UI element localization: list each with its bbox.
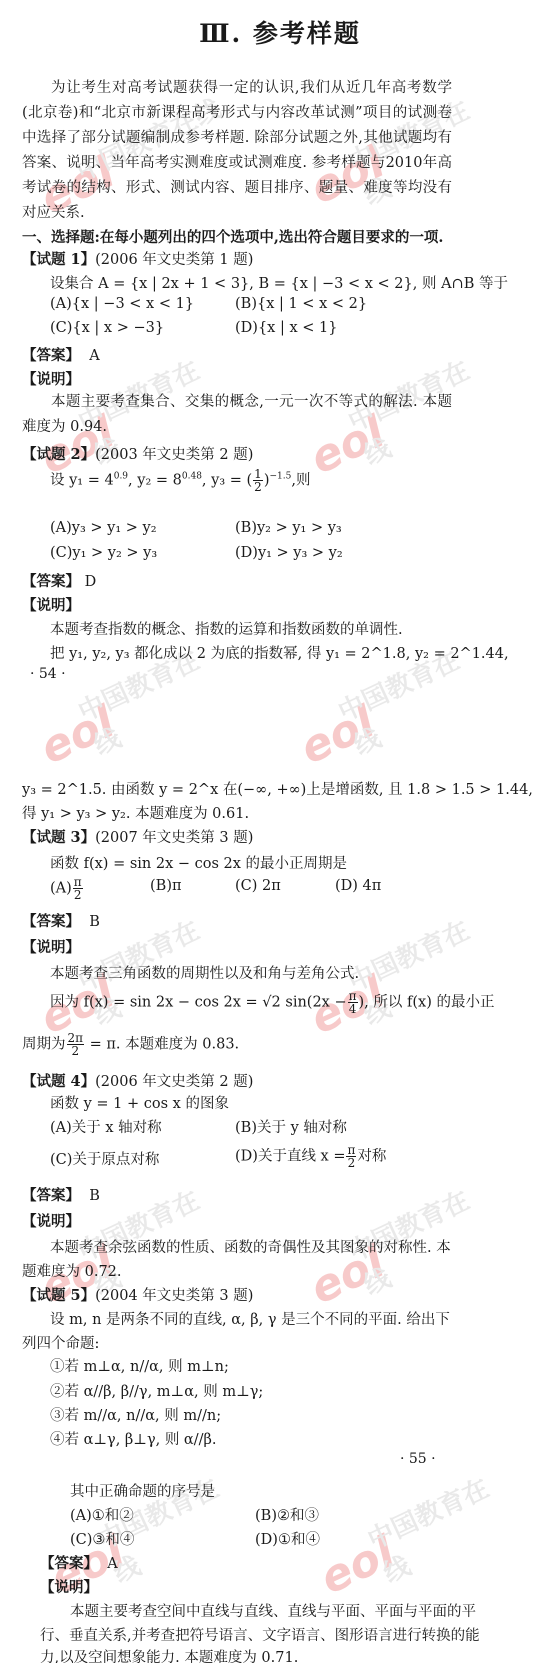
explanation-line: 题难度为 0.72. (22, 1260, 122, 1281)
question-label: 【试题 3】 (22, 829, 95, 846)
watermark: eol 中国教育在线 (290, 650, 490, 770)
intro-paragraph: 为让考生对高考试题获得一定的认识,我们从近几年高考数学(北京卷)和“北京市新课程… (22, 76, 452, 226)
proposition-2: ②若 α//β, β//γ, m⊥α, 则 m⊥γ; (50, 1380, 263, 1401)
answer-value: A (89, 348, 99, 364)
question-label: 【试题 5】 (22, 1287, 95, 1304)
question-label: 【试题 4】 (22, 1073, 95, 1090)
option-b: (B)关于 y 轴对称 (235, 1116, 347, 1137)
answer-label: 【答案】 (22, 913, 80, 930)
question-3-header: 【试题 3】(2007 年文史类第 3 题) (22, 826, 253, 847)
answer-label: 【答案】 (22, 573, 80, 590)
fraction: π2 (73, 876, 83, 901)
question-2-stem: 设 y₁ = 40.9, y₂ = 80.48, y₃ = (12)−1.5,则 (50, 468, 310, 493)
question-4-header: 【试题 4】(2006 年文史类第 2 题) (22, 1070, 253, 1091)
explanation-line: 周期为2π2 = π. 本题难度为 0.83. (22, 1032, 239, 1057)
explain-label: 【说明】 (22, 594, 80, 615)
option-d: (D)①和④ (255, 1528, 320, 1549)
question-1-header: 【试题 1】(2006 年文史类第 1 题) (22, 248, 253, 269)
option-b: (B)π (150, 878, 182, 894)
answer-row: 【答案】 B (22, 1184, 100, 1205)
question-5-prompt: 其中正确命题的序号是 (70, 1480, 215, 1501)
explanation-line: 本题考查余弦函数的性质、函数的奇偶性及其图象的对称性. 本 (50, 1236, 451, 1257)
explain-label: 【说明】 (22, 1210, 80, 1231)
explain-label: 【说明】 (22, 936, 80, 957)
question-source: (2006 年文史类第 1 题) (95, 252, 253, 268)
explanation-line: 本题考查指数的概念、指数的运算和指数函数的单调性. (50, 618, 403, 639)
answer-value: A (107, 1556, 117, 1572)
option-b: (B)y₂ > y₁ > y₃ (235, 520, 342, 536)
explanation-line: 本题考查三角函数的周期性以及和角与差角公式. (50, 962, 359, 983)
question-label: 【试题 2】 (22, 446, 95, 463)
watermark: eol 中国教育在线 (310, 1480, 510, 1600)
explanation-line: 本题主要考查空间中直线与直线、直线与平面、平面与平面的平 (70, 1600, 476, 1621)
answer-row: 【答案】 A (22, 344, 100, 365)
page-title: Ⅲ. 参考样题 (0, 14, 560, 50)
question-source: (2007 年文史类第 3 题) (95, 830, 253, 846)
explanation-line: 把 y₁, y₂, y₃ 都化成以 2 为底的指数幂, 得 y₁ = 2^1.8… (50, 642, 509, 663)
proposition-3: ③若 m//α, n//α, 则 m//n; (50, 1404, 221, 1425)
question-source: (2006 年文史类第 2 题) (95, 1074, 253, 1090)
section-heading: 一、选择题:在每小题列出的四个选项中,选出符合题目要求的一项. (22, 226, 443, 247)
option-c: (C)关于原点对称 (50, 1148, 159, 1169)
question-3-stem: 函数 f(x) = sin 2x − cos 2x 的最小正周期是 (50, 852, 347, 873)
question-5-stem: 列四个命题: (22, 1332, 99, 1353)
option-a: (A){x | −3 < x < 1} (50, 296, 194, 312)
explain-label: 【说明】 (22, 368, 80, 389)
option-a: (A)y₃ > y₁ > y₂ (50, 520, 157, 536)
proposition-4: ④若 α⊥γ, β⊥γ, 则 α//β. (50, 1428, 217, 1449)
option-d: (D)关于直线 x =π2对称 (235, 1144, 386, 1169)
fraction: π2 (346, 1144, 356, 1169)
explanation: 本题主要考查集合、交集的概念,一元一次不等式的解法. 本题难度为 0.94. (22, 390, 452, 440)
explanation-line: 行、垂直关系,并考查把符号语言、文字语言、图形语言进行转换的能 (40, 1624, 480, 1645)
answer-row: 【答案】 D (22, 570, 96, 591)
fraction: 12 (253, 468, 263, 493)
fraction: 2π2 (67, 1032, 85, 1057)
answer-value: B (89, 914, 100, 930)
option-c: (C)③和④ (70, 1528, 134, 1549)
answer-label: 【答案】 (22, 1187, 80, 1204)
answer-label: 【答案】 (40, 1555, 98, 1572)
option-b: (B){x | 1 < x < 2} (235, 296, 367, 312)
explain-label: 【说明】 (40, 1576, 98, 1597)
answer-value: B (89, 1188, 100, 1204)
question-label: 【试题 1】 (22, 251, 95, 268)
option-b: (B)②和③ (255, 1504, 319, 1525)
question-5-header: 【试题 5】(2004 年文史类第 3 题) (22, 1284, 253, 1305)
option-a: (A)π2 (50, 876, 84, 901)
fraction: π4 (348, 990, 358, 1015)
question-1-stem: 设集合 A = {x | 2x + 1 < 3}, B = {x | −3 < … (50, 272, 508, 293)
question-source: (2004 年文史类第 3 题) (95, 1288, 253, 1304)
page-number: · 55 · (400, 1451, 436, 1467)
question-5-stem: 设 m, n 是两条不同的直线, α, β, γ 是三个不同的平面. 给出下 (50, 1308, 450, 1329)
option-d: (D) 4π (335, 878, 381, 894)
page-number: · 54 · (30, 666, 66, 682)
option-d: (D)y₁ > y₃ > y₂ (235, 545, 343, 561)
option-c: (C){x | x > −3} (50, 320, 164, 336)
explanation-line: 得 y₁ > y₃ > y₂. 本题难度为 0.61. (22, 802, 249, 823)
option-c: (C)y₁ > y₂ > y₃ (50, 545, 157, 561)
question-2-header: 【试题 2】(2003 年文史类第 2 题) (22, 443, 253, 464)
answer-row: 【答案】 A (40, 1552, 118, 1573)
option-a: (A)①和② (70, 1504, 134, 1525)
answer-label: 【答案】 (22, 347, 80, 364)
question-source: (2003 年文史类第 2 题) (95, 447, 253, 463)
explanation-line: y₃ = 2^1.5. 由函数 y = 2^x 在(−∞, +∞)上是增函数, … (22, 778, 533, 799)
explanation-line: 力,以及空间想象能力. 本题难度为 0.71. (40, 1646, 298, 1663)
question-4-stem: 函数 y = 1 + cos x 的图象 (50, 1092, 229, 1113)
proposition-1: ①若 m⊥α, n//α, 则 m⊥n; (50, 1355, 229, 1376)
answer-row: 【答案】 B (22, 910, 100, 931)
answer-value: D (85, 574, 97, 590)
explanation-line: 因为 f(x) = sin 2x − cos 2x = √2 sin(2x −π… (50, 990, 494, 1015)
option-d: (D){x | x < 1} (235, 320, 337, 336)
option-c: (C) 2π (235, 878, 281, 894)
option-a: (A)关于 x 轴对称 (50, 1116, 162, 1137)
